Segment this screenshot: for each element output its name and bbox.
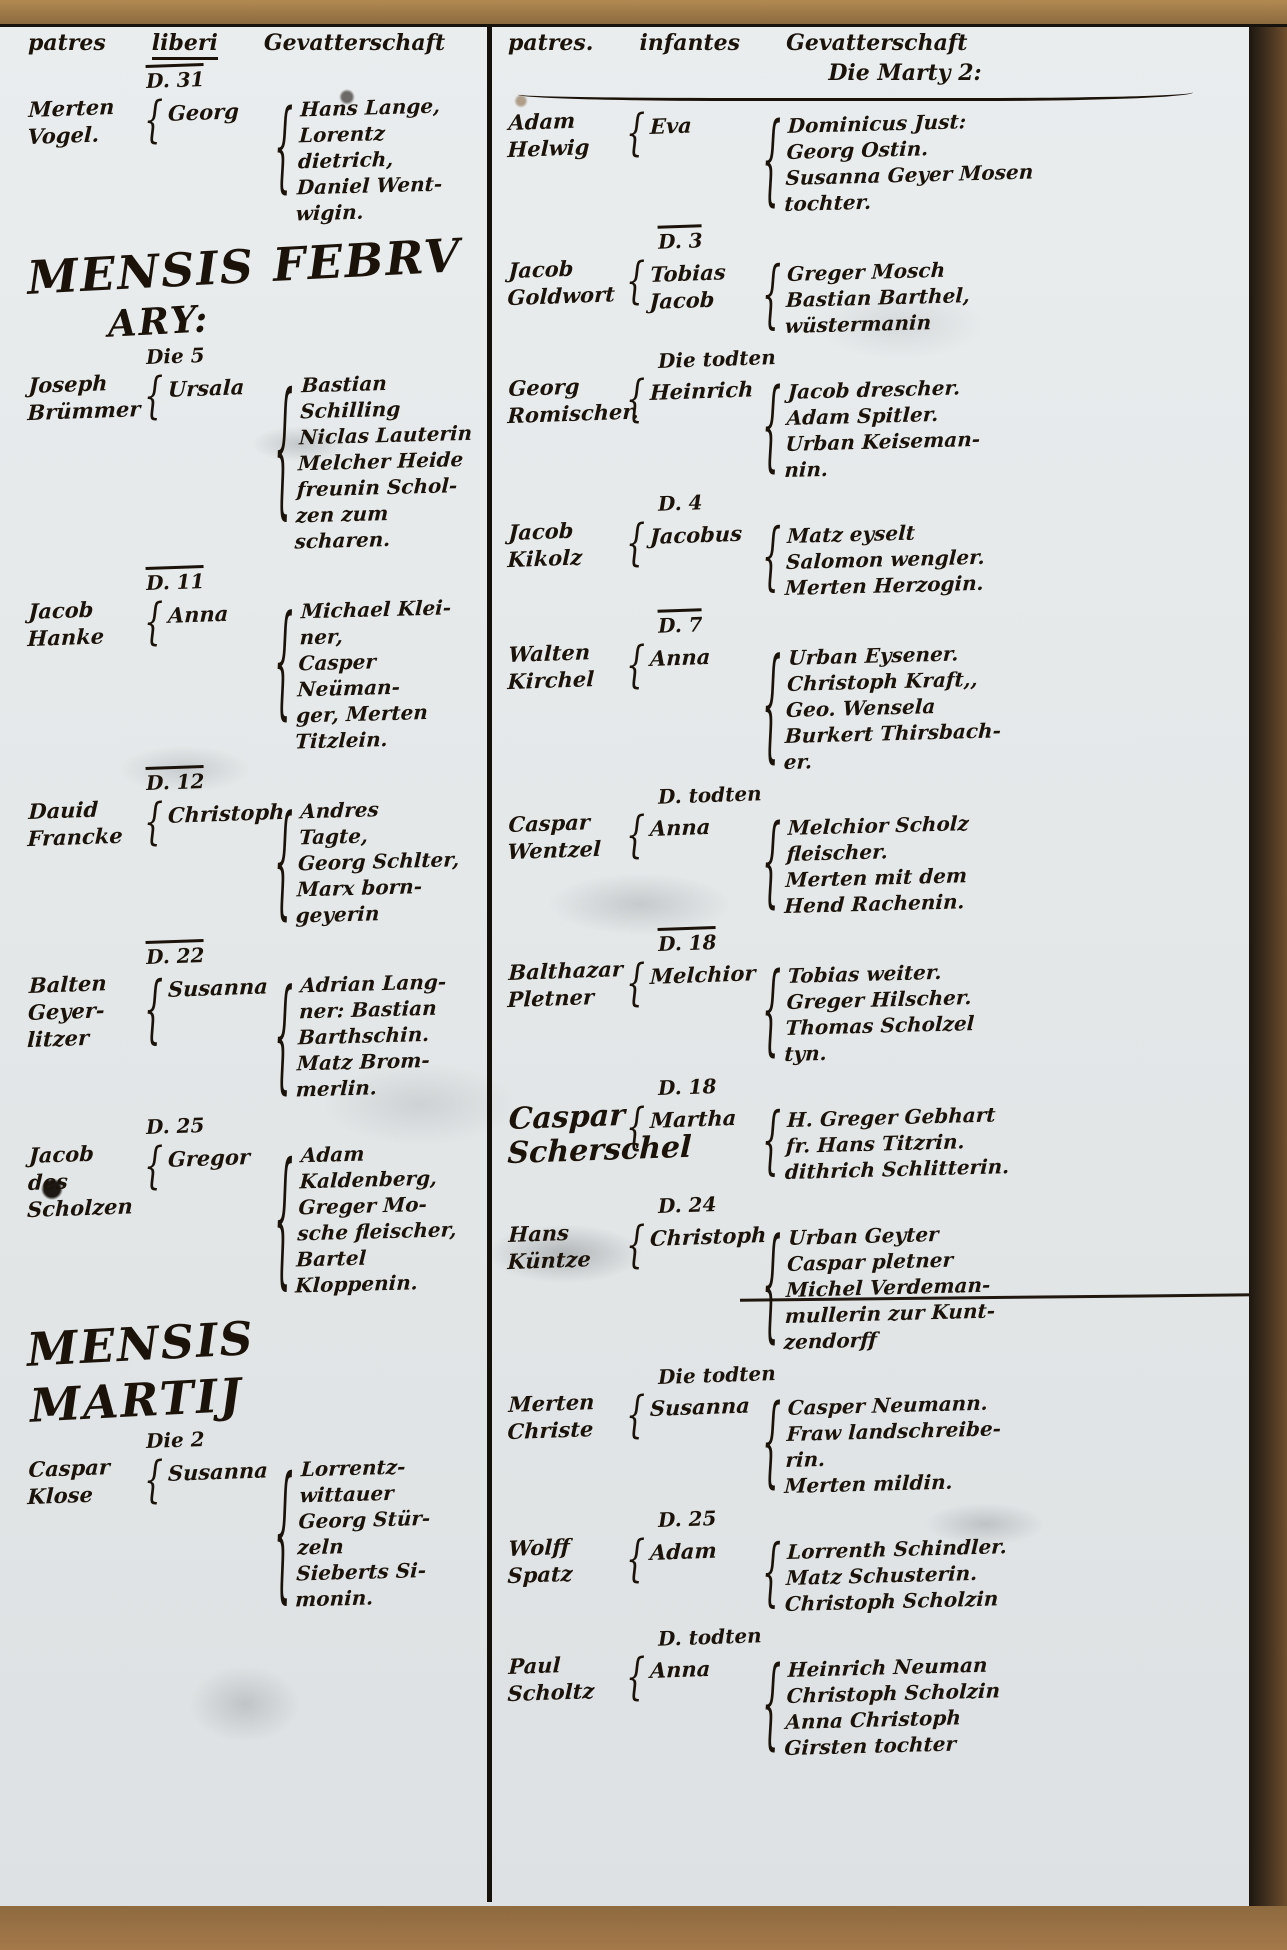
text-line: Jacobus [649,519,762,550]
text-line: Scherschel [507,1133,626,1171]
month-day-subheader: Die Marty 2: [568,60,1242,86]
text-line: Tobias [650,257,763,288]
brace-glyph: { [144,970,168,1049]
entry-grid: WolffSpatz{Adam{Lorrenth Schindler.Matz … [508,1533,1242,1611]
brace-glyph: { [274,1140,298,1297]
entry-grid: PaulScholtz{Anna{Heinrich NeumanChristop… [508,1651,1242,1755]
text-line: Jacob [508,253,627,284]
father-name: BaltenGeyer-litzer [27,968,146,1053]
text-line: Caspar [28,1452,145,1483]
column-divider [487,24,492,1902]
entry-date: D. 24 [658,1192,717,1218]
brace-glyph: { [762,639,786,770]
brace-glyph: { [626,809,650,861]
godparents-list: Bastian SchillingNiclas LauterinMelcher … [294,367,484,554]
child-name: Eva [649,105,762,140]
register-entry: D. 18CasparScherschel{Martha{H. Greger G… [508,1075,1242,1179]
entry-date-row: D. 24 [508,1193,1242,1217]
brace-glyph: { [626,517,650,569]
godparents-list: Adrian Lang-ner: BastianBarthschin.Matz … [295,968,483,1103]
brace-glyph: { [626,1389,650,1441]
godparents-list: Michael Klei-ner,Casper Neüman-ger, Mert… [295,594,484,755]
text-line: Susanna [649,1391,762,1422]
father-name: DauidFrancke [27,794,145,852]
brace-glyph: { [274,94,298,199]
left-entries: D. 31MertenVogel.{Georg{Hans Lange,Loren… [28,64,480,1610]
godparents-list: Heinrich NeumanChristoph ScholzinAnna Ch… [784,1645,1244,1761]
brace-glyph: { [144,370,168,422]
child-name: Gregor [167,1138,274,1173]
child-name: Melchior [649,955,762,990]
godparents-list: Tobias weiter.Greger Hilscher.Thomas Sch… [784,951,1244,1067]
father-name: JacobHanke [27,594,145,652]
right-column-header: patres. infantes Gevatterschaft [508,30,1242,56]
text-line: Merten [508,1387,627,1418]
entry-grid: CasparKlose{Susanna{Lorrentz-wittauerGeo… [28,1454,480,1610]
text-line: Geyer- [28,995,145,1026]
text-line: Jacob [28,594,145,625]
text-line: Spatz [507,1558,626,1589]
child-name: Ursala [167,368,274,403]
text-line: Jacob [29,1138,146,1169]
father-name: WolffSpatz [507,1531,627,1589]
text-line: Heinrich [649,375,762,406]
text-line: Scholtz [507,1676,626,1707]
text-line: Kikolz [507,542,626,573]
header-infantes: infantes [639,30,740,56]
register-entry: D. todtenCasparWentzel{Anna{Melchior Sch… [508,783,1242,913]
text-line: Eva [649,109,762,140]
text-line: Adam [649,1535,762,1566]
godparents-list: AdamKaldenberg,Greger Mo-sche fleischer,… [295,1138,484,1299]
text-line: Bastian Schilling [300,367,484,424]
page-edge-right [1249,0,1287,1950]
month-header: MENSIS MARTIJ [25,1298,482,1434]
text-line: Christoph [167,798,274,829]
brace-glyph: { [144,1454,168,1506]
entry-date: D. 12 [146,765,205,795]
text-line: Melchior [649,959,762,990]
godparents-list: H. Greger Gebhartfr. Hans Titzrin.dithri… [784,1095,1243,1185]
brace-glyph: { [144,796,168,848]
brace-glyph: { [626,1651,650,1703]
brace-glyph: { [762,1389,786,1494]
entry-grid: JacobHanke{Anna{Michael Klei-ner,Casper … [28,596,480,752]
text-line: Wolff [508,1531,627,1562]
text-line: Adam [508,105,627,136]
text-line: Hanke [27,621,144,652]
entry-date: D. todten [658,1623,762,1651]
text-line: merlin. [295,1072,478,1103]
entry-date-row: D. 18 [508,927,1242,955]
entry-date-row: D. 12 [28,766,480,794]
father-name: MertenChriste [507,1387,627,1445]
text-line: Georg Schlter, [297,846,480,877]
entry-grid: MertenVogel.{Georg{Hans Lange,Lorentz di… [28,94,480,224]
child-name: Susanna [649,1387,762,1422]
text-line: scharen. [294,524,477,555]
right-column: patres. infantes Gevatterschaft Die Mart… [508,30,1242,1769]
entry-grid: GeorgRomischer.{Heinrich{Jacob drescher.… [508,373,1242,477]
text-line: Anna [167,598,274,629]
entry-date: D. todten [658,781,762,809]
text-line: sche fleischer, [297,1216,480,1247]
entry-grid: CasparWentzel{Anna{Melchior Scholzfleisc… [508,809,1242,913]
text-line: Titzlein. [295,724,478,755]
brace-glyph: { [144,94,168,146]
brace-glyph: { [626,1533,650,1585]
text-line: Balthazar [508,955,627,986]
entry-date-row: D. 18 [508,1075,1242,1099]
father-name: JosephBrümmer [27,368,145,426]
text-line: Merten [28,92,145,123]
text-line: Joseph [28,368,145,399]
father-name: HansKüntze [507,1217,627,1275]
text-line: Brümmer [27,395,144,426]
register-entry: D. 3JacobGoldwort{TobiasJacob{Greger Mos… [508,225,1242,333]
father-name: GeorgRomischer. [507,371,627,429]
entry-date-row: Die 5 [28,344,480,368]
child-name: Christoph [167,794,274,829]
father-name: Jacobdes Scholzen [27,1138,146,1223]
entry-date: Die 5 [146,343,205,369]
text-line: Francke [27,821,144,852]
brace-glyph: { [274,970,298,1101]
entry-date-row: D. 31 [28,64,480,92]
text-line: Georg [167,96,274,127]
brace-glyph: { [626,1219,650,1271]
brace-glyph: { [762,517,786,596]
text-line: geyerin [295,898,478,929]
entry-date: Die todten [658,345,776,373]
text-line: Susanna [167,972,274,1003]
text-line: Susanna [167,1456,274,1487]
child-name: TobiasJacob [649,253,763,315]
brace-glyph: { [762,1101,786,1180]
header-patres: patres [28,30,106,60]
entry-date: D. 25 [146,1113,205,1139]
father-name: MertenVogel. [27,92,145,150]
header-patres: patres. [508,30,593,56]
godparents-list: Casper Neumann.Fraw landschreibe-rin.Mer… [784,1383,1244,1499]
text-line: Christe [507,1414,626,1445]
entry-date: D. 3 [658,224,703,254]
text-line: Walten [508,637,627,668]
text-line: Ursala [167,372,274,403]
godparents-list: Jacob drescher.Adam Spitler.Urban Keisem… [784,367,1244,483]
brace-glyph: { [626,1101,650,1153]
entry-date: D. 7 [658,608,703,638]
entry-date-row: D. 3 [508,225,1242,253]
brace-glyph: { [274,370,298,527]
right-entries: AdamHelwig{Eva{Dominicus Just:Georg Osti… [508,107,1242,1755]
child-name: Christoph [649,1217,762,1252]
brace-glyph: { [762,1533,786,1612]
entry-grid: BalthazarPletner{Melchior{Tobias weiter.… [508,957,1242,1061]
entry-date-row: D. 11 [28,566,480,594]
entry-grid: BaltenGeyer-litzer{Susanna{Adrian Lang-n… [28,970,480,1100]
text-line: Helwig [507,132,626,163]
entry-date: D. 22 [146,939,205,969]
brace-glyph: { [144,1140,168,1192]
brace-glyph: { [274,596,298,727]
text-line: freunin Schol- [296,472,479,503]
text-line: Goldwort [507,280,626,311]
text-line: Jacob [508,515,627,546]
entry-grid: JacobGoldwort{TobiasJacob{Greger MoschBa… [508,255,1242,333]
godparents-list: Melchior Scholzfleischer.Merten mit demH… [784,803,1244,919]
text-line: Christoph [649,1221,762,1252]
book-edge-bottom [0,1906,1287,1950]
register-entry: Die todtenGeorgRomischer.{Heinrich{Jacob… [508,347,1242,477]
register-entry: D. 4JacobKikolz{Jacobus{Matz eyseltSalom… [508,491,1242,595]
child-name: Anna [649,1649,762,1684]
father-name: JacobKikolz [507,515,627,573]
entry-date: D. 31 [146,63,205,93]
godparents-list: Lorrentz-wittauerGeorg Stür-zelnSieberts… [295,1452,484,1613]
register-entry: AdamHelwig{Eva{Dominicus Just:Georg Osti… [508,107,1242,211]
left-column: patres liberi Gevatterschaft D. 31Merten… [28,30,480,1624]
manuscript-photo: { "glyphs": { "brace": "{" }, "page": { … [0,0,1287,1950]
entry-grid: CasparScherschel{Martha{H. Greger Gebhar… [508,1101,1242,1179]
entry-grid: WaltenKirchel{Anna{Urban Eysener.Christo… [508,639,1242,769]
brace-glyph: { [274,796,298,927]
header-gevatterschaft: Gevatterschaft [786,30,967,56]
brace-glyph: { [762,107,786,212]
entry-grid: DauidFrancke{Christoph{AndresTagte,Georg… [28,796,480,926]
text-line: litzer [27,1022,144,1053]
father-name: BalthazarPletner [507,955,627,1013]
register-entry: Die 2CasparKlose{Susanna{Lorrentz-wittau… [28,1428,480,1610]
text-line: Gregor [167,1142,274,1173]
text-line: Vogel. [27,119,144,150]
father-name: CasparScherschel [507,1099,627,1171]
register-entry: D. 22BaltenGeyer-litzer{Susanna{Adrian L… [28,940,480,1100]
godparents-list: AndresTagte,Georg Schlter,Marx born-geye… [295,794,483,929]
child-name: Martha [649,1099,762,1134]
entry-date: D. 11 [146,565,205,595]
father-name: AdamHelwig [507,105,627,163]
text-line: Küntze [507,1244,626,1275]
entry-grid: Jacobdes Scholzen{Gregor{AdamKaldenberg,… [28,1140,480,1296]
brace-glyph: { [762,1651,786,1756]
child-name: Georg [167,92,274,127]
text-line: Anna [649,811,762,842]
godparents-list: Matz eyseltSalomon wengler.Merten Herzog… [784,511,1243,601]
entry-date-row: D. todten [508,783,1242,807]
text-line: Klose [27,1479,144,1510]
brace-glyph: { [762,255,786,334]
entry-date-row: D. 22 [28,940,480,968]
brace-glyph: { [762,957,786,1062]
text-line: Dauid [28,794,145,825]
register-entry: D. 31MertenVogel.{Georg{Hans Lange,Loren… [28,64,480,224]
flourish-line [518,86,1193,101]
entry-date: D. 18 [658,1074,717,1100]
entry-date: D. 18 [658,926,717,956]
brace-glyph: { [762,373,786,478]
brace-glyph: { [626,255,650,307]
child-name: Anna [649,807,762,842]
child-name: Anna [649,637,762,672]
child-name: Anna [167,594,274,629]
text-line: Wentzel [507,834,626,865]
entry-date-row: Die todten [508,347,1242,371]
text-line: Caspar [508,807,627,838]
text-line: Kirchel [507,664,626,695]
entry-date-row: D. 7 [508,609,1242,637]
text-line: Caspar [508,1099,627,1137]
entry-date-row: Die 2 [28,1428,480,1452]
text-line: Anna [649,641,762,672]
register-entry: Die 5JosephBrümmer{Ursala{Bastian Schill… [28,344,480,552]
father-name: WaltenKirchel [507,637,627,695]
month-header: MENSIS FEBRVARY: [26,226,483,350]
child-name: Heinrich [649,371,762,406]
godparents-list: Lorrenth Schindler.Matz Schusterin.Chris… [784,1527,1243,1617]
register-entry: D. 7WaltenKirchel{Anna{Urban Eysener.Chr… [508,609,1242,769]
brace-glyph: { [626,107,650,159]
register-entry: D. 18BalthazarPletner{Melchior{Tobias we… [508,927,1242,1061]
left-column-header: patres liberi Gevatterschaft [28,30,480,60]
entry-grid: MertenChriste{Susanna{Casper Neumann.Fra… [508,1389,1242,1493]
register-entry: D. 12DauidFrancke{Christoph{AndresTagte,… [28,766,480,926]
brace-glyph: { [762,809,786,914]
child-name: Adam [649,1531,762,1566]
register-entry: D. 24HansKüntze{Christoph{Urban GeyterCa… [508,1193,1242,1349]
brace-glyph: { [626,957,650,1009]
entry-grid: AdamHelwig{Eva{Dominicus Just:Georg Osti… [508,107,1242,211]
text-line: Balten [29,968,146,999]
godparents-list: Urban GeyterCaspar pletnerMichel Verdema… [783,1213,1245,1355]
brace-glyph: { [762,1219,786,1350]
brace-glyph: { [626,373,650,425]
brace-glyph: { [274,1454,298,1611]
entry-grid: JacobKikolz{Jacobus{Matz eyseltSalomon w… [508,517,1242,595]
register-entry: D. 25Jacobdes Scholzen{Gregor{AdamKalden… [28,1114,480,1296]
entry-date: D. 25 [658,1506,717,1532]
register-entry: D. todtenPaulScholtz{Anna{Heinrich Neuma… [508,1625,1242,1755]
child-name: Jacobus [649,515,762,550]
register-entry: D. 25WolffSpatz{Adam{Lorrenth Schindler.… [508,1507,1242,1611]
father-name: CasparKlose [27,1452,145,1510]
child-name: Susanna [167,1452,274,1487]
entry-date-row: D. 25 [28,1114,480,1138]
text-line: Hans [508,1217,627,1248]
register-entry: D. 11JacobHanke{Anna{Michael Klei-ner,Ca… [28,566,480,752]
entry-date-row: D. 25 [508,1507,1242,1531]
text-line: Lorentz dietrich, [297,118,481,175]
entry-date: Die 2 [146,1427,205,1453]
godparents-list: Urban Eysener.Christoph Kraft,,Geo. Wens… [783,633,1245,775]
godparents-list: Hans Lange,Lorentz dietrich,Daniel Went-… [295,92,483,227]
text-line: Jacob [649,284,762,315]
father-name: JacobGoldwort [507,253,627,311]
entry-date-row: D. todten [508,1625,1242,1649]
header-liberi: liberi [152,30,218,60]
text-line: Georg [508,371,627,402]
text-line: monin. [295,1582,478,1613]
entry-date-row: Die todten [508,1363,1242,1387]
text-line: Paul [508,1649,627,1680]
entry-date: Die todten [658,1361,776,1389]
text-line: Kloppenin. [295,1268,478,1299]
godparents-list: Greger MoschBastian Barthel,wüstermanin [784,249,1243,339]
brace-glyph: { [144,596,168,648]
child-name: Susanna [167,968,274,1003]
header-gevatterschaft: Gevatterschaft [264,30,445,60]
brace-glyph: { [626,639,650,691]
father-name: PaulScholtz [507,1649,627,1707]
entry-date-row: D. 4 [508,491,1242,515]
text-line: Anna [649,1653,762,1684]
text-line: Martha [649,1103,762,1134]
father-name: CasparWentzel [507,807,627,865]
entry-grid: HansKüntze{Christoph{Urban GeyterCaspar … [508,1219,1242,1349]
entry-date: D. 4 [658,490,703,516]
godparents-list: Dominicus Just:Georg Ostin.Susanna Geyer… [784,101,1244,217]
text-line: Romischer. [507,398,626,429]
text-line: Pletner [507,982,626,1013]
text-line: des Scholzen [27,1165,145,1223]
register-entry: Die todtenMertenChriste{Susanna{Casper N… [508,1363,1242,1493]
text-line: wigin. [295,196,478,227]
book-edge-top [0,0,1287,24]
entry-grid: JosephBrümmer{Ursala{Bastian SchillingNi… [28,370,480,552]
month-header-line: MENSIS MARTIJ [25,1311,255,1433]
text-line: Casper Neüman- [297,646,481,703]
